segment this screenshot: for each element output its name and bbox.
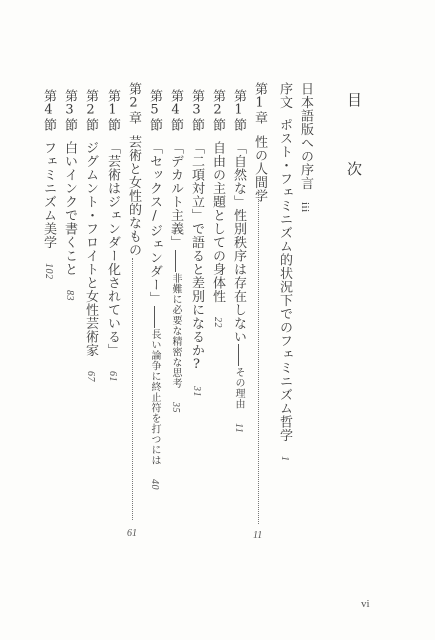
entry-page: 1 — [276, 456, 292, 462]
entry-page: 22 — [209, 317, 225, 328]
entry-title: フェミニズム美学 — [40, 141, 56, 249]
entry-title: 「デカルト主義」 — [167, 141, 183, 249]
entry-page: 67 — [82, 371, 98, 382]
entry-label: 第2章 — [125, 82, 141, 125]
entry-title: ジグムント・フロイトと女性芸術家 — [82, 141, 98, 357]
em-dash — [237, 344, 239, 366]
page-title: 目 次 — [344, 92, 365, 194]
toc-entry-ch1-sec4[interactable]: 第4節「デカルト主義」非難に必要な精密な思考35 — [167, 89, 183, 413]
entry-label: 第3節 — [61, 89, 77, 132]
toc-entry-chapter-1[interactable]: 第1章性の人間学 — [251, 82, 267, 202]
entry-label: 第3節 — [188, 89, 204, 132]
page-number: vi — [361, 598, 370, 610]
em-dash — [174, 250, 176, 272]
entry-page: 35 — [167, 402, 183, 413]
toc-entry-ch2-sec2[interactable]: 第2節ジグムント・フロイトと女性芸術家67 — [82, 89, 98, 382]
entry-title: 「セックス/ジェンダー」 — [146, 141, 162, 305]
toc-entry-ch1-sec2[interactable]: 第2節自由の主題としての身体性22 — [209, 89, 225, 328]
toc-page: 目 次 日本語版への序言iii 序文ポスト・フェミニズム的状況下でのフェミニズム… — [0, 0, 435, 640]
entry-subtitle: 長い論争に終止符を打つには — [146, 329, 162, 466]
toc-entry-ch1-sec5[interactable]: 第5節「セックス/ジェンダー」長い論争に終止符を打つには40 — [146, 89, 162, 490]
entry-label: 第2節 — [209, 89, 225, 132]
toc-entry-ch1-sec3[interactable]: 第3節「二項対立」で語ると差別になるか?31 — [188, 89, 204, 397]
entry-title: ポスト・フェミニズム的状況下でのフェミニズム哲学 — [276, 118, 292, 442]
entry-title: 芸術と女性的なもの — [125, 135, 141, 257]
toc-entry-intro[interactable]: 序文ポスト・フェミニズム的状況下でのフェミニズム哲学1 — [276, 82, 292, 462]
toc-entry-preface-jp[interactable]: 日本語版への序言iii — [297, 82, 313, 213]
em-dash — [153, 306, 155, 328]
entry-label: 第4節 — [40, 89, 56, 132]
entry-title: 自由の主題としての身体性 — [209, 141, 225, 303]
entry-title: 「二項対立」で語ると差別になるか? — [188, 141, 204, 373]
entry-label: 序文 — [276, 82, 292, 109]
entry-label: 第4節 — [167, 89, 183, 132]
entry-page: 31 — [188, 386, 204, 397]
entry-title: 性の人間学 — [251, 135, 267, 203]
toc-entry-ch2-sec3[interactable]: 第3節白いインクで書くこと83 — [61, 89, 77, 301]
entry-page: 83 — [61, 290, 77, 301]
toc-entry-ch2-sec1[interactable]: 第1節「芸術はジェンダー化されている」61 — [104, 89, 120, 382]
toc-entry-ch1-sec1[interactable]: 第1節「自然な」性別秩序は存在しないその理由11 — [230, 89, 246, 433]
entry-label: 第1節 — [230, 89, 246, 132]
entry-label: 第1節 — [104, 89, 120, 132]
entry-label: 第5節 — [146, 89, 162, 132]
chapter-1-leader-dots — [258, 192, 259, 524]
toc-entry-chapter-2[interactable]: 第2章芸術と女性的なもの — [125, 82, 141, 256]
entry-page: 11 — [230, 423, 246, 433]
entry-title: 白いインクで書くこと — [61, 141, 77, 276]
chapter-2-leader-dots — [132, 258, 133, 520]
entry-title: 「芸術はジェンダー化されている」 — [104, 141, 120, 357]
entry-page: 61 — [104, 371, 120, 382]
toc-entry-ch2-sec4[interactable]: 第4節フェミニズム美学102 — [40, 89, 56, 279]
entry-page: iii — [297, 202, 313, 213]
entry-page: 102 — [40, 263, 56, 280]
chapter-1-page: 11 — [253, 530, 262, 541]
entry-subtitle: 非難に必要な精密な思考 — [167, 273, 183, 389]
entry-label: 第2節 — [82, 89, 98, 132]
entry-title: 「自然な」性別秩序は存在しない — [230, 141, 246, 344]
chapter-2-page: 61 — [127, 528, 137, 539]
entry-title: 日本語版への序言 — [297, 82, 313, 190]
entry-subtitle: その理由 — [230, 367, 246, 409]
entry-label: 第1章 — [251, 82, 267, 125]
entry-page: 40 — [146, 479, 162, 490]
